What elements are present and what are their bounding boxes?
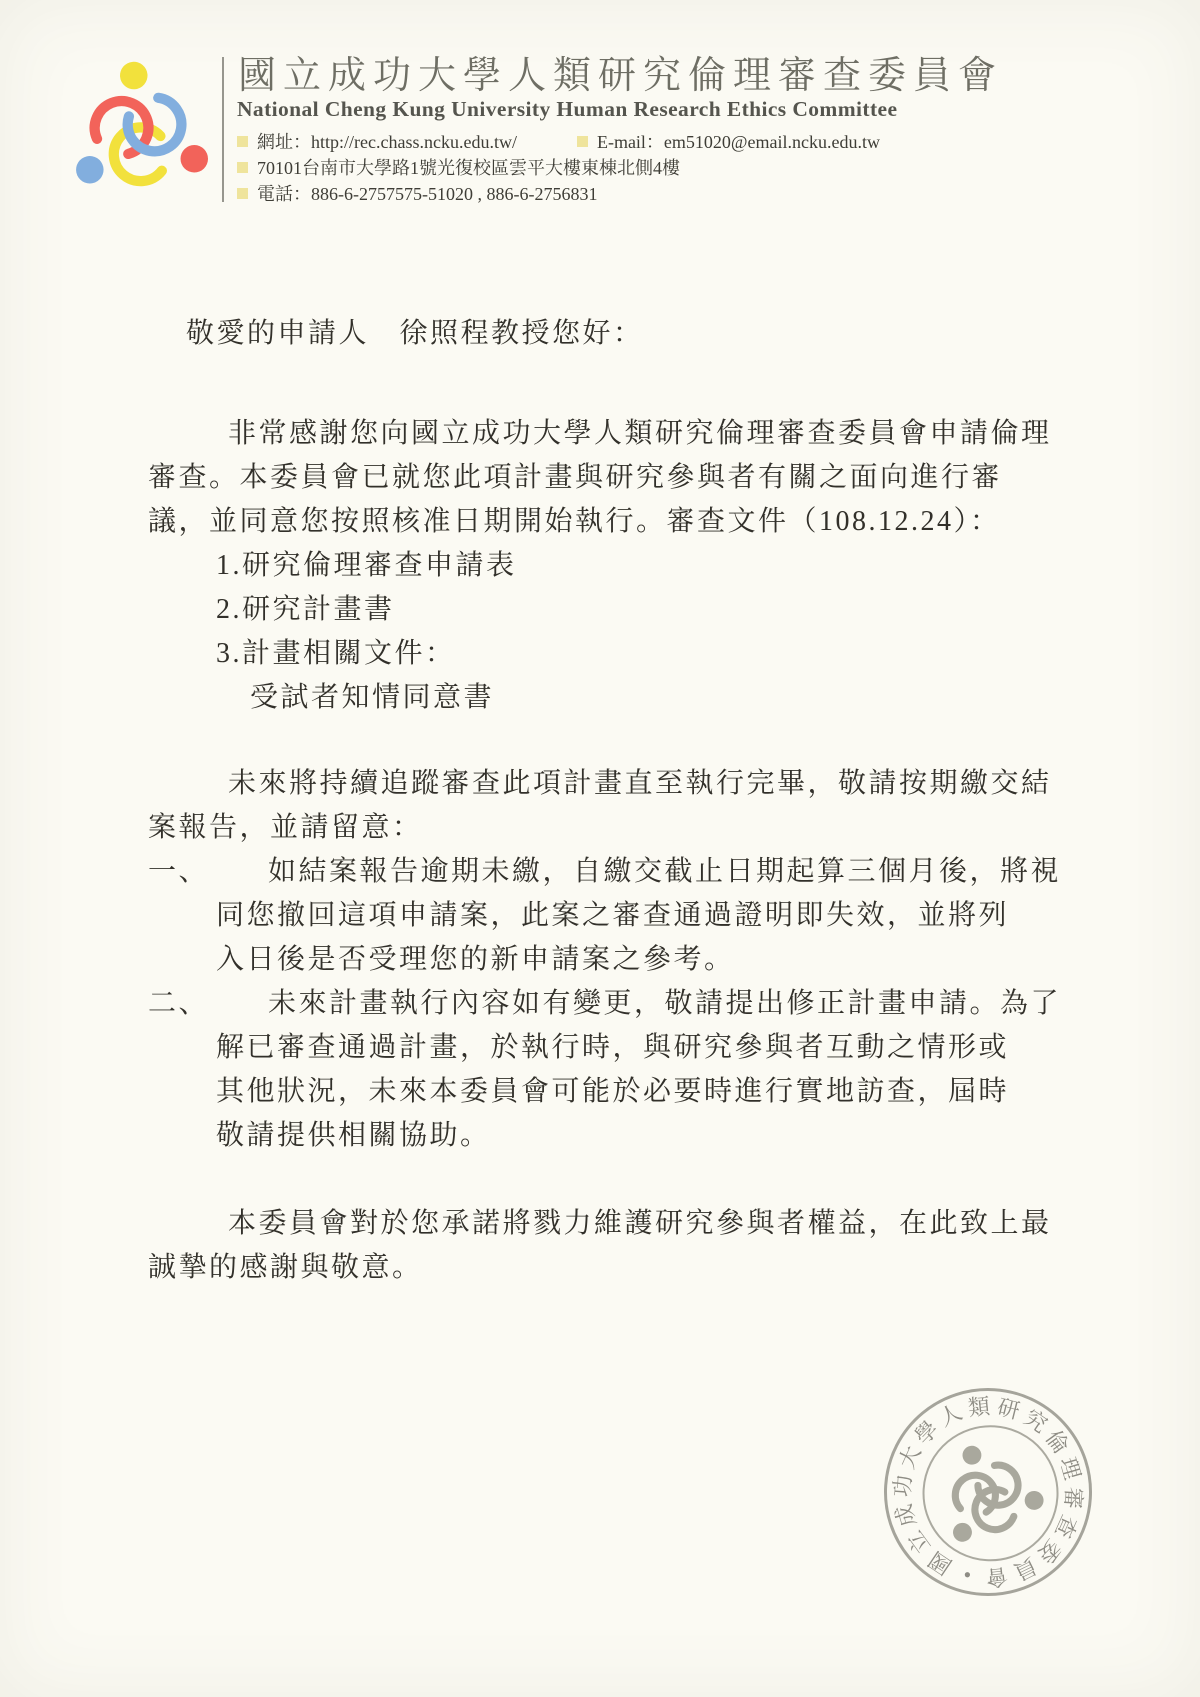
- square-bullet-icon: [237, 188, 248, 199]
- committee-title-en: National Cheng Kung University Human Res…: [237, 97, 897, 122]
- phone-text: 電話：886-6-2757575-51020 , 886-6-2756831: [257, 180, 597, 206]
- reviewed-doc-item: 1.研究倫理審查申請表: [216, 544, 1018, 588]
- letter-line: 解已審查通過計畫，於執行時，與研究參與者互動之情形或: [216, 1026, 1018, 1070]
- contact-block: 網址：http://rec.chass.ncku.edu.tw/ E-mail：…: [237, 128, 880, 206]
- letter-line: 如結案報告逾期未繳，自繳交截止日期起算三個月後，將視: [268, 856, 1061, 887]
- greeting-line: 敬愛的申請人 徐照程教授您好：: [186, 312, 1018, 356]
- committee-seal-stamp: 國立成功大學人類研究倫理審查委員會•: [857, 1361, 1119, 1623]
- letter-page: 國立成功大學人類研究倫理審查委員會 National Cheng Kung Un…: [0, 0, 1200, 1697]
- letter-line: 入日後是否受理您的新申請案之參考。: [216, 938, 1018, 982]
- reviewed-doc-item: 3.計畫相關文件：: [216, 632, 1018, 676]
- website-text: 網址：http://rec.chass.ncku.edu.tw/: [257, 128, 517, 154]
- contact-line-phone: 電話：886-6-2757575-51020 , 886-6-2756831: [237, 180, 880, 206]
- ordinal-label: 一、: [148, 850, 268, 894]
- letter-line: 議，並同意您按照核准日期開始執行。審查文件（108.12.24）：: [148, 500, 1018, 544]
- letter-line: 敬請提供相關協助。: [216, 1114, 1018, 1158]
- letter-line: 誠摯的感謝與敬意。: [148, 1246, 1018, 1290]
- square-bullet-icon: [577, 136, 588, 147]
- notice-item-1: 一、如結案報告逾期未繳，自繳交截止日期起算三個月後，將視: [148, 850, 1018, 894]
- square-bullet-icon: [237, 136, 248, 147]
- letter-line: 非常感謝您向國立成功大學人類研究倫理審查委員會申請倫理: [228, 412, 1018, 456]
- letter-line: 同您撤回這項申請案，此案之審查通過證明即失效，並將列: [216, 894, 1018, 938]
- square-bullet-icon: [237, 162, 248, 173]
- committee-title-zh: 國立成功大學人類研究倫理審查委員會: [238, 44, 978, 99]
- letter-body: 敬愛的申請人 徐照程教授您好： 非常感謝您向國立成功大學人類研究倫理審查委員會申…: [148, 312, 1018, 1290]
- letter-line: 其他狀況，未來本委員會可能於必要時進行實地訪查，屆時: [216, 1070, 1018, 1114]
- letter-line: 本委員會對於您承諾將戮力維護研究參與者權益，在此致上最: [228, 1202, 1018, 1246]
- reviewed-doc-item: 2.研究計畫書: [216, 588, 1018, 632]
- ordinal-label: 二、: [148, 982, 268, 1026]
- letter-line: 審查。本委員會已就您此項計畫與研究參與者有關之面向進行審: [148, 456, 1018, 500]
- letter-line: 未來計畫執行內容如有變更，敬請提出修正計畫申請。為了: [268, 988, 1061, 1019]
- address-text: 70101台南市大學路1號光復校區雲平大樓東棟北側4樓: [257, 154, 680, 180]
- email-text: E-mail：em51020@email.ncku.edu.tw: [597, 128, 880, 154]
- contact-line-web-email: 網址：http://rec.chass.ncku.edu.tw/ E-mail：…: [237, 128, 880, 154]
- notice-item-2: 二、未來計畫執行內容如有變更，敬請提出修正計畫申請。為了: [148, 982, 1018, 1026]
- reviewed-doc-subitem: 受試者知情同意書: [250, 676, 1018, 720]
- contact-line-address: 70101台南市大學路1號光復校區雲平大樓東棟北側4樓: [237, 154, 880, 180]
- letter-line: 未來將持續追蹤審查此項計畫直至執行完畢，敬請按期繳交結: [228, 762, 1018, 806]
- letter-line: 案報告，並請留意：: [148, 806, 1018, 850]
- nck-ethics-committee-logo: [60, 50, 218, 208]
- header-divider: [222, 57, 224, 202]
